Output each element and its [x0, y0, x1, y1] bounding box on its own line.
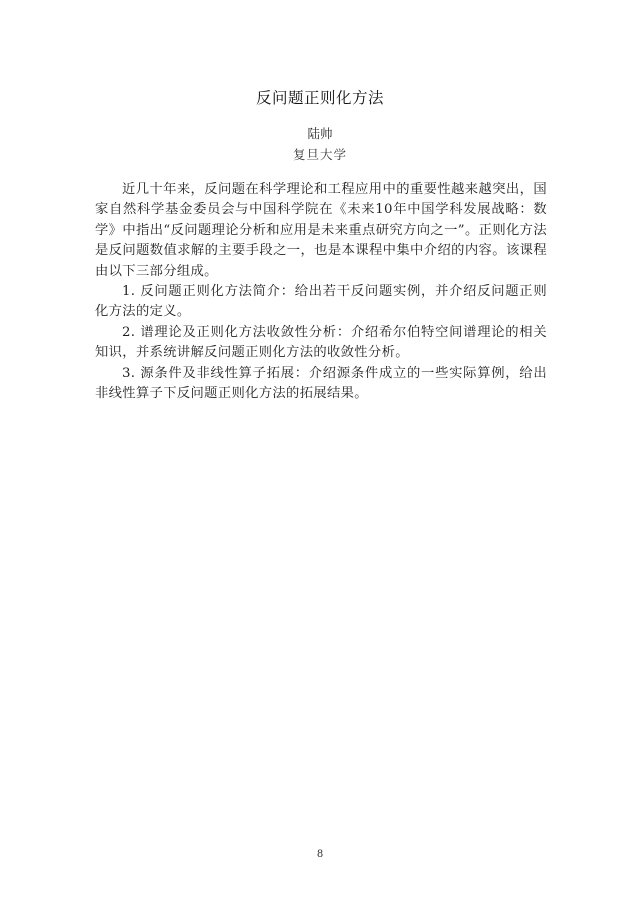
page-number: 8 [0, 849, 640, 860]
author-affiliation: 复旦大学 [0, 145, 640, 163]
list-item-1: 1. 反问题正则化方法简介：给出若干反问题实例，并介绍反问题正则化方法的定义。 [95, 282, 547, 323]
list-item-2: 2. 谱理论及正则化方法收敛性分析：介绍希尔伯特空间谱理论的相关知识，并系统讲解… [95, 323, 547, 364]
intro-paragraph: 近几十年来，反问题在科学理论和工程应用中的重要性越来越突出，国家自然科学基金委员… [95, 180, 547, 282]
author-name: 陆帅 [0, 124, 640, 142]
document-page: 反问题正则化方法 陆帅 复旦大学 近几十年来，反问题在科学理论和工程应用中的重要… [0, 0, 640, 905]
list-item-3: 3. 源条件及非线性算子拓展：介绍源条件成立的一些实际算例，给出非线性算子下反问… [95, 364, 547, 405]
document-body: 近几十年来，反问题在科学理论和工程应用中的重要性越来越突出，国家自然科学基金委员… [95, 180, 547, 404]
document-title: 反问题正则化方法 [0, 86, 640, 108]
